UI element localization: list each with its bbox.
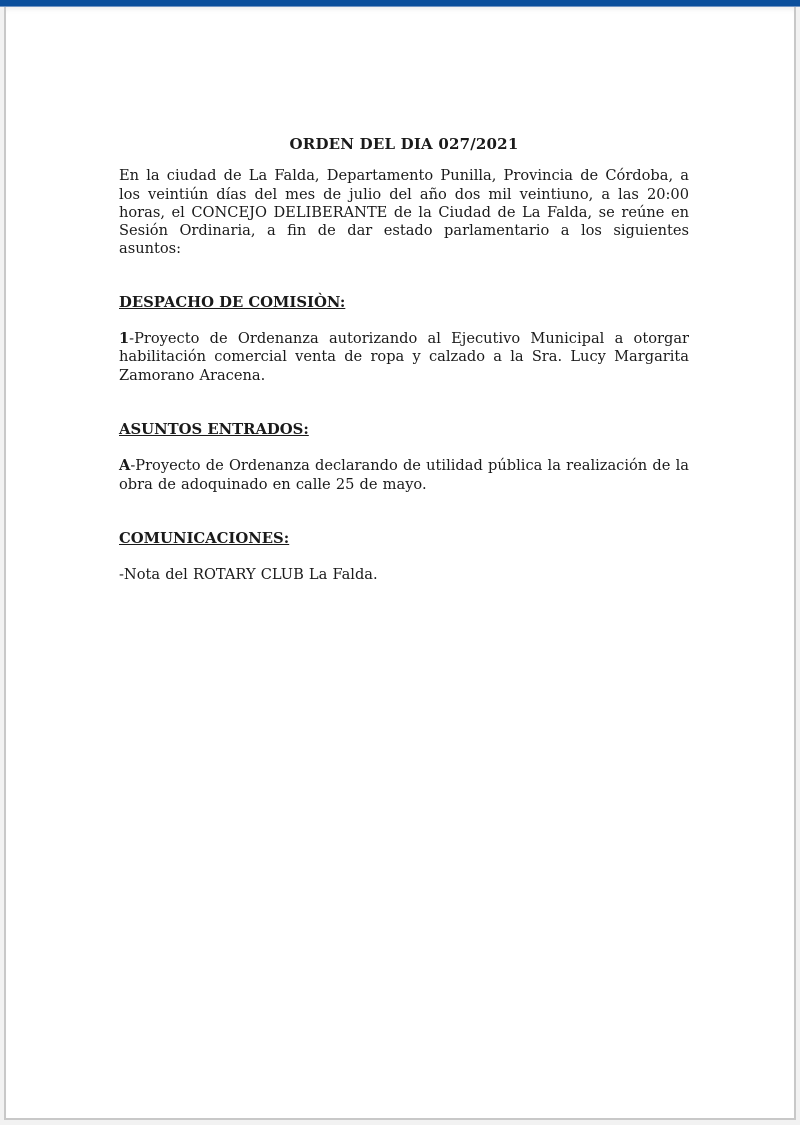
item-text: -Proyecto de Ordenanza declarando de uti…	[119, 457, 689, 492]
comunicaciones-item: -Nota del ROTARY CLUB La Falda.	[119, 566, 689, 584]
section-heading-despacho-de-comision: DESPACHO DE COMISIÒN:	[119, 294, 689, 312]
intro-paragraph: En la ciudad de La Falda, Departamento P…	[119, 167, 689, 258]
section-heading-asuntos-entrados: ASUNTOS ENTRADOS:	[119, 421, 689, 439]
item-text: -Nota del ROTARY CLUB La Falda.	[119, 566, 378, 583]
item-number: 1	[119, 330, 129, 347]
viewer-top-bar	[0, 0, 800, 7]
despacho-item-1: 1-Proyecto de Ordenanza autorizando al E…	[119, 330, 689, 385]
document-title: ORDEN DEL DIA 027/2021	[119, 135, 689, 153]
item-text: -Proyecto de Ordenanza autorizando al Ej…	[119, 330, 689, 384]
asuntos-item-a: A-Proyecto de Ordenanza declarando de ut…	[119, 457, 689, 494]
document-page: ORDEN DEL DIA 027/2021 En la ciudad de L…	[4, 7, 796, 1120]
section-heading-comunicaciones: COMUNICACIONES:	[119, 530, 689, 548]
document-content: ORDEN DEL DIA 027/2021 En la ciudad de L…	[119, 135, 689, 584]
item-letter: A	[119, 457, 130, 474]
